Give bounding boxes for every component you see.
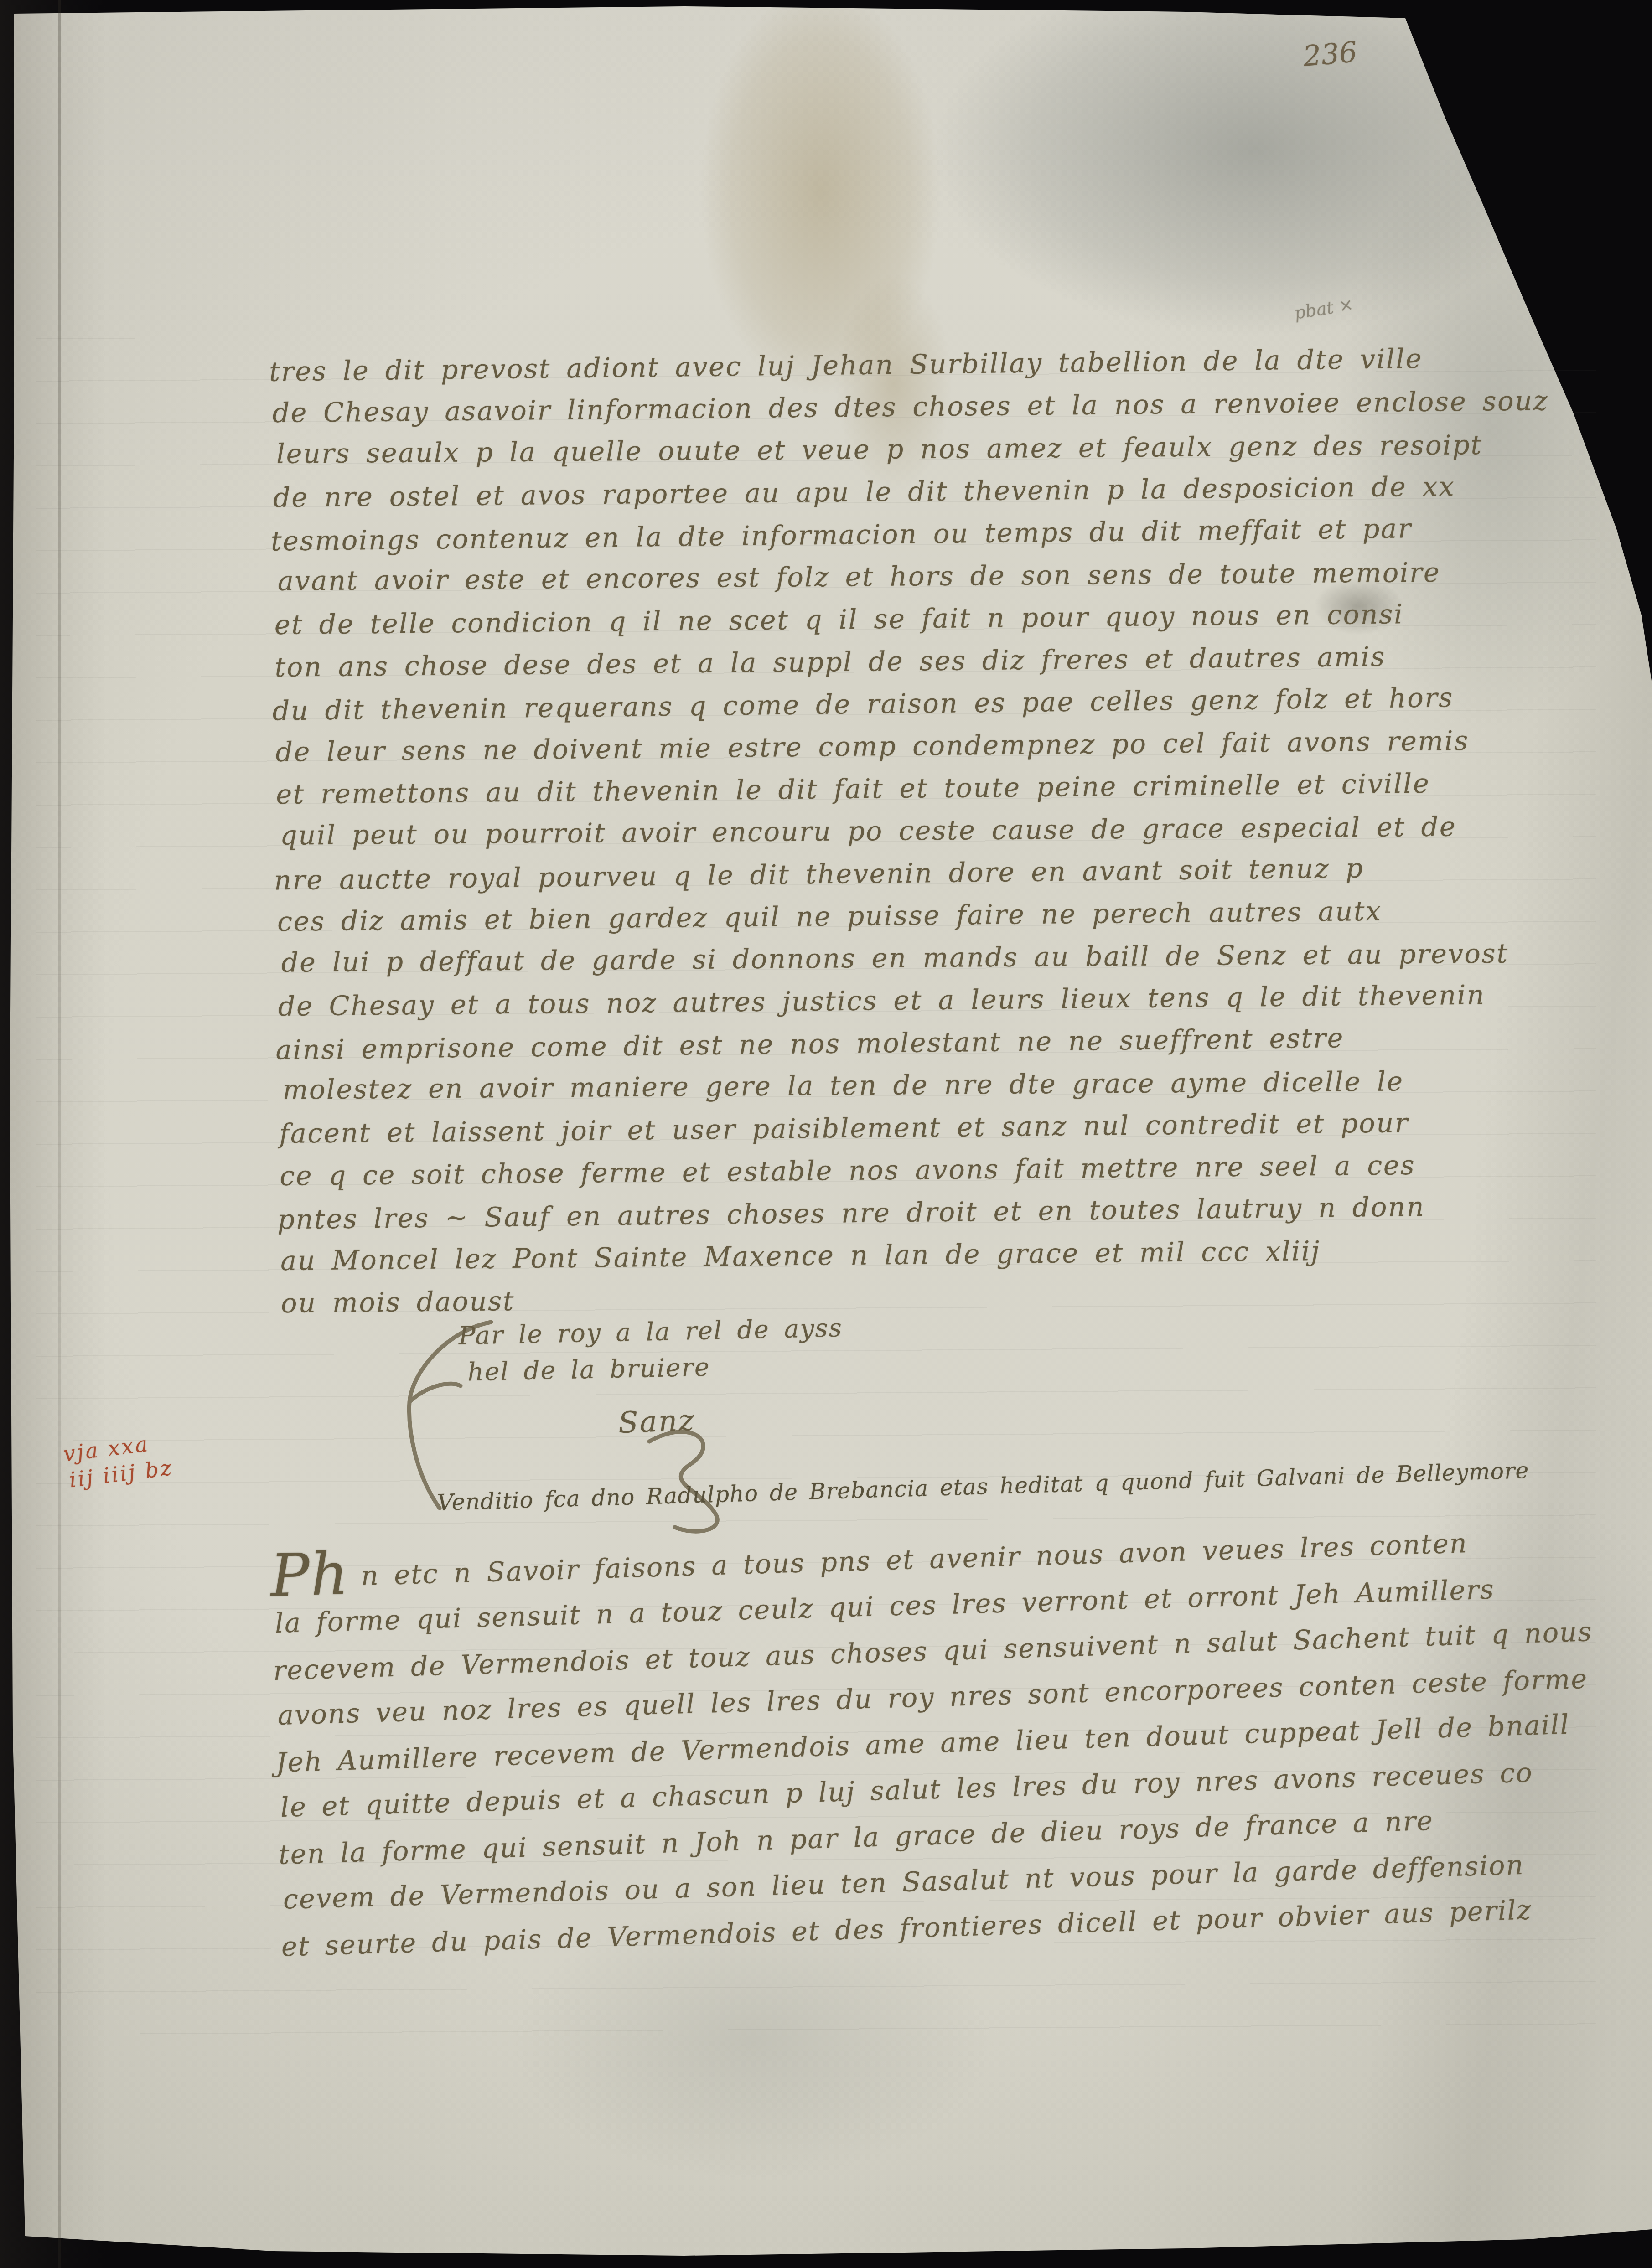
second-text-block: Phn etc n Savoir faisons a tous pns et a…	[270, 1523, 1641, 1977]
photo-backdrop: 236 pbat × tres le dit prevost adiont av…	[0, 0, 1652, 2268]
fold-crease	[58, 0, 61, 2268]
decorated-initial: Ph	[269, 1540, 350, 1610]
main-text-block: tres le dit prevost adiont avec luj Jeha…	[272, 342, 1626, 1330]
endorsement-block: Par le roy a la rel de ayss hel de la br…	[458, 1313, 844, 1394]
folio-number: 236	[1302, 35, 1358, 73]
